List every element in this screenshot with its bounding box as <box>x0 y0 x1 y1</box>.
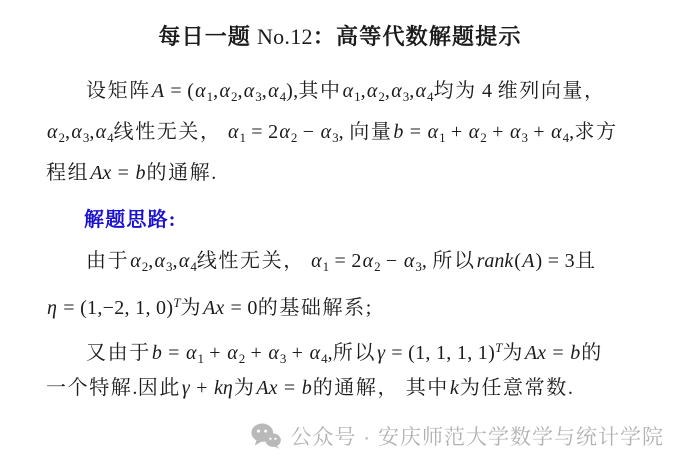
text-run: + <box>487 121 509 143</box>
text-run: 其中 <box>298 80 341 102</box>
text-run: kη <box>213 377 234 399</box>
text-run: . <box>568 377 573 399</box>
content-line: 设矩阵A = (α1,α2,α3,α4),其中α1,α2,α3,α4均为 4 维… <box>46 71 654 112</box>
wechat-icon <box>251 423 281 449</box>
text-run: α <box>362 250 375 272</box>
text-run: 程组 <box>46 162 89 184</box>
text-run: α <box>243 80 256 102</box>
text-run: α <box>129 250 142 272</box>
text-run: A <box>151 80 165 102</box>
text-run: 线性无关， <box>114 121 222 143</box>
text-run: + <box>528 121 550 143</box>
text-run: η <box>46 297 58 319</box>
text-run: = <box>547 342 569 364</box>
text-run: Ax <box>202 297 225 319</box>
text-run: α <box>278 121 291 143</box>
text-run: b <box>301 377 313 399</box>
text-run: 其中 <box>399 377 449 399</box>
solution-paragraph-1: 由于α2,α3,α4线性无关， α1 = 2α2 − α3, 所以rank(A)… <box>46 241 654 323</box>
text-run: + <box>191 377 213 399</box>
text-run: + <box>245 342 267 364</box>
text-run: α <box>70 121 83 143</box>
text-run: + <box>286 342 308 364</box>
text-run: , <box>237 80 242 102</box>
text-run: , <box>148 250 153 272</box>
text-run: Ax <box>89 162 112 184</box>
text-run: = (1,−2, 1, 0) <box>58 297 173 319</box>
text-run: α <box>509 121 522 143</box>
text-run: α <box>194 80 207 102</box>
text-run: = (1, 1, 1, 1) <box>386 342 495 364</box>
text-run: α <box>390 80 403 102</box>
text-run: 的 <box>581 342 603 364</box>
text-run: α <box>342 80 355 102</box>
text-run: α <box>267 80 280 102</box>
text-run: + <box>446 121 468 143</box>
text-run: 维列向量， <box>498 80 606 102</box>
text-run: − <box>297 121 319 143</box>
footer-watermark: 公众号 · 安庆师范大学数学与统计学院 <box>251 421 664 451</box>
text-run: 一个特解 <box>46 377 132 399</box>
text-run: = <box>112 162 134 184</box>
text-run: , <box>422 250 433 272</box>
text-run: k <box>449 377 460 399</box>
text-run: No.12 <box>251 24 313 49</box>
text-run: , <box>409 80 414 102</box>
text-run: α <box>46 121 59 143</box>
page-root: 每日一题 No.12：高等代数解题提示 设矩阵A = (α1,α2,α3,α4)… <box>0 0 680 457</box>
text-run: 高等代数解题提示 <box>336 24 522 49</box>
text-run: + <box>204 342 226 364</box>
text-run: 为 <box>502 342 524 364</box>
text-run: α <box>154 250 167 272</box>
text-run: Ax <box>524 342 547 364</box>
text-run: α <box>310 250 323 272</box>
content-line: α2,α3,α4线性无关， α1 = 2α2 − α3, 向量b = α1 + … <box>46 112 654 153</box>
text-run: 4 <box>477 80 498 102</box>
hint-heading: 解题思路: <box>46 200 654 241</box>
text-run: 线性无关， <box>197 250 305 272</box>
text-run: α <box>468 121 481 143</box>
content-line: 程组Ax = b的通解. <box>46 153 654 194</box>
text-run: α <box>320 121 333 143</box>
text-run: 因此 <box>138 377 181 399</box>
text-run: α <box>95 121 108 143</box>
content-line: 一个特解.因此γ + kη为Ax = b的通解， 其中k为任意常数. <box>46 368 654 409</box>
text-run: 所以 <box>333 342 376 364</box>
text-run: α <box>427 121 440 143</box>
text-run: = <box>279 377 301 399</box>
text-run: 由于 <box>86 250 129 272</box>
text-run: 为 <box>234 377 256 399</box>
text-run: α <box>403 250 416 272</box>
text-run: 且 <box>575 250 597 272</box>
text-run: = <box>163 342 185 364</box>
text-run: b <box>392 121 404 143</box>
text-run: α <box>227 121 240 143</box>
text-run: 的通解 <box>146 162 211 184</box>
content-line: 由于α2,α3,α4线性无关， α1 = 2α2 − α3, 所以rank(A)… <box>46 241 654 282</box>
text-run: 设矩阵 <box>86 80 151 102</box>
text-run: α <box>309 342 322 364</box>
footer-label: 公众号 · 安庆师范大学数学与统计学院 <box>290 421 664 451</box>
text-run: = 2 <box>329 250 361 272</box>
text-run: 为任意常数 <box>460 377 568 399</box>
text-run: = 0 <box>225 297 257 319</box>
text-run: 每日一题 <box>158 24 251 49</box>
text-run: α <box>226 342 239 364</box>
text-run: ： <box>313 24 336 49</box>
text-run: 向量 <box>349 121 392 143</box>
text-run: α <box>185 342 198 364</box>
text-run: 的通解， <box>313 377 399 399</box>
text-run: α <box>267 342 280 364</box>
content-line: 又由于b = α1 + α2 + α3 + α4,所以γ = (1, 1, 1,… <box>46 327 654 368</box>
text-run: 求方 <box>574 121 617 143</box>
text-run: T <box>173 295 180 310</box>
text-run: 的基础解系; <box>258 297 373 319</box>
text-run: b <box>569 342 581 364</box>
text-run: 又由于 <box>86 342 151 364</box>
text-run: = 2 <box>246 121 278 143</box>
text-run: ) = 3 <box>535 250 574 272</box>
text-run: . <box>211 162 216 184</box>
text-run: α <box>550 121 563 143</box>
text-run: 解题思路: <box>84 209 177 231</box>
text-run: α <box>218 80 231 102</box>
text-run: ), <box>286 80 298 102</box>
text-run: α <box>415 80 428 102</box>
text-run: γ <box>181 377 191 399</box>
text-run: b <box>134 162 146 184</box>
solution-paragraph-2: 又由于b = α1 + α2 + α3 + α4,所以γ = (1, 1, 1,… <box>46 327 654 409</box>
page-title: 每日一题 No.12：高等代数解题提示 <box>0 22 680 52</box>
text-run: 为 <box>181 297 203 319</box>
text-run: 均为 <box>434 80 477 102</box>
document-body: 设矩阵A = (α1,α2,α3,α4),其中α1,α2,α3,α4均为 4 维… <box>46 71 654 409</box>
problem-paragraph: 设矩阵A = (α1,α2,α3,α4),其中α1,α2,α3,α4均为 4 维… <box>46 71 654 194</box>
text-run: α <box>178 250 191 272</box>
text-run: 所以 <box>432 250 475 272</box>
text-run: − <box>381 250 403 272</box>
text-run: rank <box>476 250 515 272</box>
text-run: b <box>151 342 163 364</box>
content-line: η = (1,−2, 1, 0)T为Ax = 0的基础解系; <box>46 282 654 323</box>
text-run: = <box>404 121 426 143</box>
text-run: = ( <box>165 80 194 102</box>
text-run: , <box>339 121 350 143</box>
text-run: γ <box>376 342 386 364</box>
text-run: , <box>89 121 94 143</box>
text-run: α <box>366 80 379 102</box>
text-run: A <box>521 250 535 272</box>
text-run: Ax <box>255 377 278 399</box>
